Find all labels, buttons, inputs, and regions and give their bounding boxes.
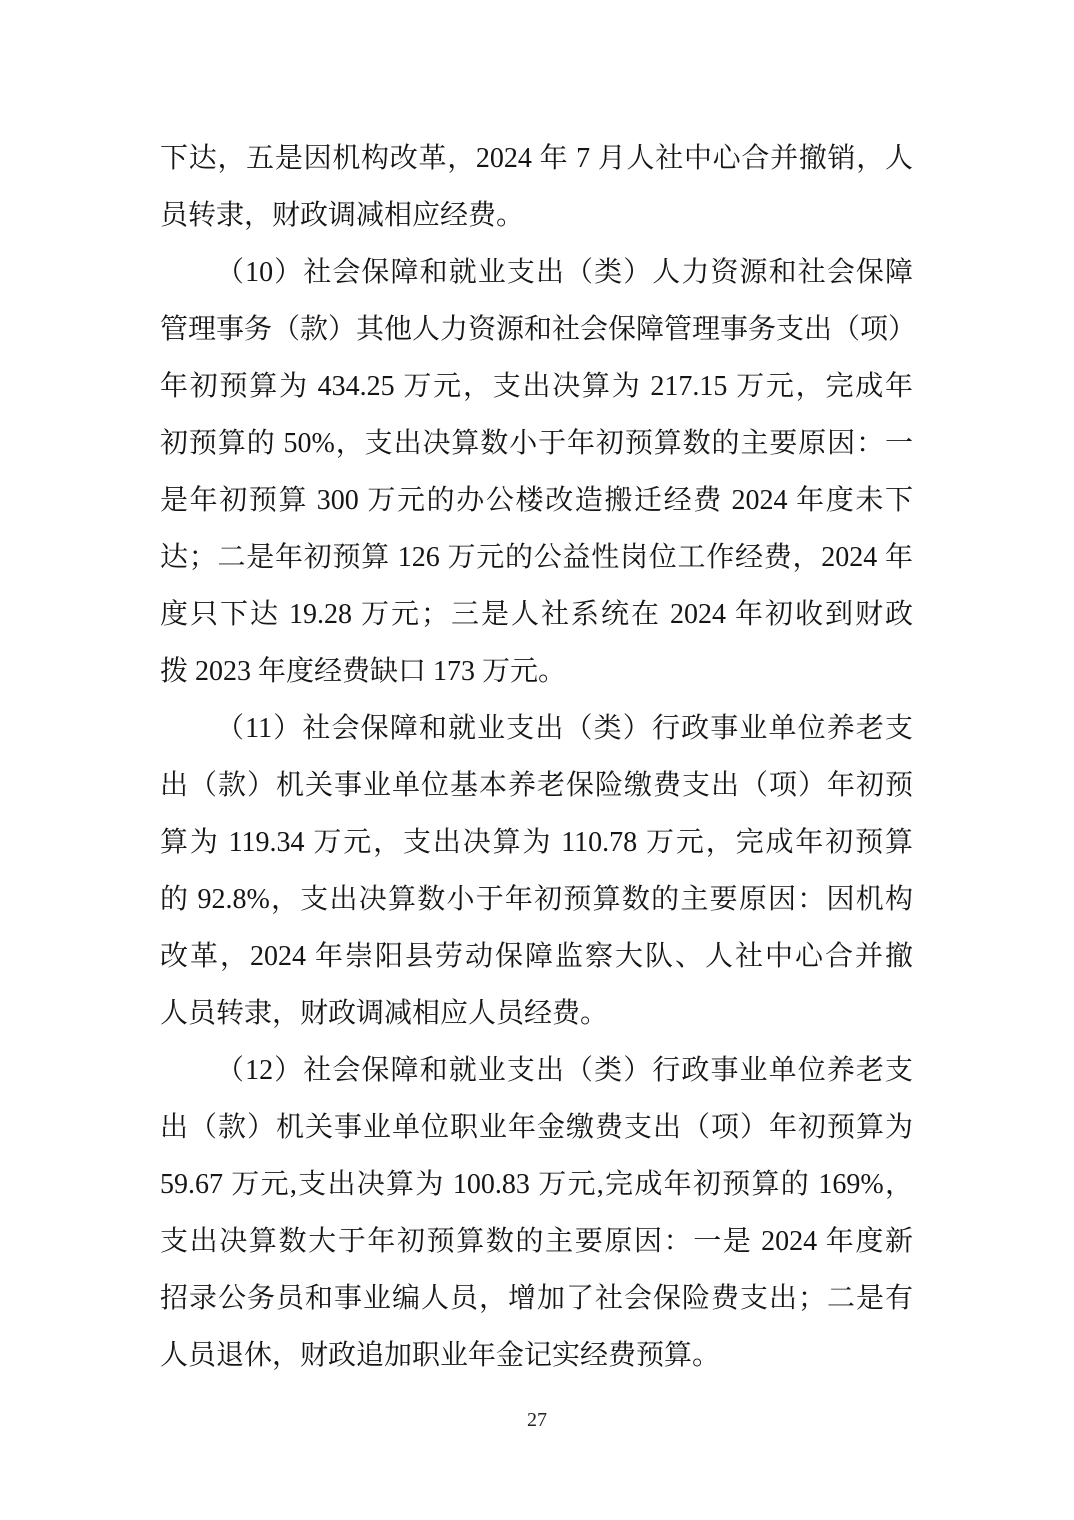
paragraph-item-11: （11）社会保障和就业支出（类）行政事业单位养老支 出（款）机关事业单位基本养老…: [160, 700, 913, 1042]
text-line: 员转隶，财政调减相应经费。: [160, 187, 913, 244]
text-line: 改革，2024 年崇阳县劳动保障监察大队、人社中心合并撤销，: [160, 928, 913, 985]
text-line: 59.67 万元,支出决算为 100.83 万元,完成年初预算的 169%，: [160, 1156, 913, 1213]
page-footer: 27: [0, 1406, 1074, 1434]
text-line: 下达，五是因机构改革，2024 年 7 月人社中心合并撤销，人: [160, 130, 913, 187]
text-line: 是年初预算 300 万元的办公楼改造搬迁经费 2024 年度未下: [160, 472, 913, 529]
text-line: 年初预算为 434.25 万元，支出决算为 217.15 万元，完成年: [160, 358, 913, 415]
text-line: 度只下达 19.28 万元；三是人社系统在 2024 年初收到财政: [160, 586, 913, 643]
text-line: 算为 119.34 万元，支出决算为 110.78 万元，完成年初预算: [160, 814, 913, 871]
text-line: 达；二是年初预算 126 万元的公益性岗位工作经费，2024 年: [160, 529, 913, 586]
text-line: 人员转隶，财政调减相应人员经费。: [160, 985, 913, 1042]
text-line: （12）社会保障和就业支出（类）行政事业单位养老支: [160, 1042, 913, 1099]
text-line: 的 92.8%，支出决算数小于年初预算数的主要原因：因机构: [160, 871, 913, 928]
paragraph-item-12: （12）社会保障和就业支出（类）行政事业单位养老支 出（款）机关事业单位职业年金…: [160, 1042, 913, 1384]
text-line: 人员退休，财政追加职业年金记实经费预算。: [160, 1327, 913, 1384]
document-text-block: 下达，五是因机构改革，2024 年 7 月人社中心合并撤销，人 员转隶，财政调减…: [160, 130, 913, 1384]
paragraph-continuation: 下达，五是因机构改革，2024 年 7 月人社中心合并撤销，人 员转隶，财政调减…: [160, 130, 913, 244]
text-line: 出（款）机关事业单位职业年金缴费支出（项）年初预算为: [160, 1099, 913, 1156]
document-page: 下达，五是因机构改革，2024 年 7 月人社中心合并撤销，人 员转隶，财政调减…: [0, 0, 1074, 1520]
text-line: 管理事务（款）其他人力资源和社会保障管理事务支出（项）: [160, 301, 913, 358]
text-line: （10）社会保障和就业支出（类）人力资源和社会保障: [160, 244, 913, 301]
text-line: 初预算的 50%，支出决算数小于年初预算数的主要原因：一: [160, 415, 913, 472]
page-number: 27: [527, 1409, 547, 1431]
text-line: 拨 2023 年度经费缺口 173 万元。: [160, 643, 913, 700]
text-line: （11）社会保障和就业支出（类）行政事业单位养老支: [160, 700, 913, 757]
paragraph-item-10: （10）社会保障和就业支出（类）人力资源和社会保障 管理事务（款）其他人力资源和…: [160, 244, 913, 700]
text-line: 支出决算数大于年初预算数的主要原因：一是 2024 年度新: [160, 1213, 913, 1270]
text-line: 出（款）机关事业单位基本养老保险缴费支出（项）年初预: [160, 757, 913, 814]
text-line: 招录公务员和事业编人员，增加了社会保险费支出；二是有: [160, 1270, 913, 1327]
